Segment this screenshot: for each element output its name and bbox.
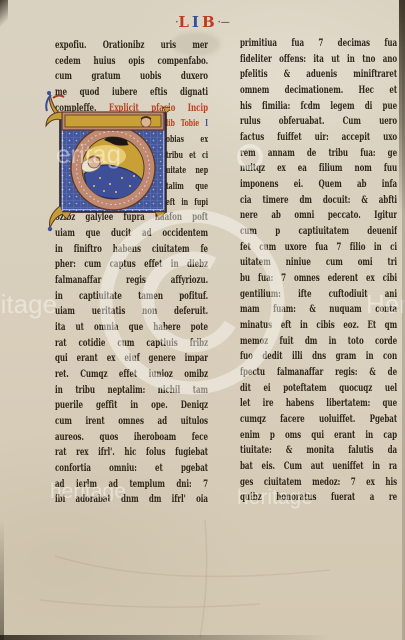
text-line: fideliter offens: ita ut in tno ano — [240, 52, 397, 68]
body-text: ibi adorabat dnm dm ifrl' oia — [55, 493, 208, 505]
text-line: rulus obferuabat. Cum uero — [240, 114, 397, 130]
text-line: let ire habens libertatem: que — [240, 396, 397, 412]
body-text: quibz honoratus fuerat a re — [240, 491, 397, 503]
text-line: obias ex — [166, 132, 208, 148]
running-header: ·LIB·— — [0, 13, 405, 32]
body-text: primitiua fua 7 decimas fua — [240, 37, 397, 49]
text-line: pfelitis & aduenis miniftraret — [240, 67, 397, 83]
running-header-letters: LIB — [178, 13, 217, 31]
text-line: pher: cum captus effet in diebz — [55, 257, 208, 273]
text-line: in tribu neptalim: nichil tam — [55, 383, 208, 399]
body-text: fet cum uxore fua 7 filio in ci — [240, 241, 397, 253]
body-text: ita ut omnia que habere pote — [55, 321, 208, 333]
body-text: nere ab omni peccato. Igitur — [240, 209, 397, 221]
text-line: rem annam de tribu fua: ge — [240, 146, 397, 162]
text-line: his fimilia: fcdm legem di pue — [240, 99, 397, 115]
text-line: minatus eft in cibis eoz. Et qm — [240, 318, 397, 334]
manuscript-page: ·LIB·— expofiu. Orationibz uris mercedem… — [0, 0, 405, 640]
body-text: pher: cum captus effet in diebz — [55, 258, 208, 270]
body-text: tribu et ci — [166, 150, 208, 161]
body-text: nuitqz ex ea filium nom fuu — [240, 162, 397, 174]
text-line: nere ab omni peccato. Igitur — [240, 208, 397, 224]
text-line: dit ei poteftatem quocuqz uel — [240, 381, 397, 397]
text-line: lib Tobie I — [166, 116, 208, 132]
header-suffix-mark: ·— — [218, 18, 230, 28]
body-text: in finiftro habens ciuitatem fe — [55, 243, 208, 255]
text-line: in captiuitate tamen pofituf. — [55, 289, 208, 305]
page-edge-left — [0, 520, 4, 640]
body-text: cumqz facere uoluiffet. Pgebat — [240, 413, 397, 425]
initial-tail — [48, 206, 63, 231]
text-line: gentilium: ifte cuftodiuit ani — [240, 287, 397, 303]
text-line: fet cum uxore fua 7 filio in ci — [240, 240, 397, 256]
body-text: rem annam de tribu fua: ge — [240, 147, 397, 159]
text-column-right: primitiua fua 7 decimas fuafideliter off… — [240, 36, 397, 506]
text-line: bu fua: 7 omnes ederent ex cibi — [240, 271, 397, 287]
body-text: rulus obferuabat. Cum uero — [240, 115, 397, 127]
body-text: ad ierlm ad templum dni: 7 — [55, 478, 208, 490]
text-line: ita ut omnia que habere pote — [55, 320, 208, 336]
page-edge-bottom — [0, 635, 330, 640]
body-text: aureos. quos iheroboam fece — [55, 431, 208, 443]
rubric-text: lib Tobie — [166, 118, 205, 129]
header-letter: L — [178, 13, 192, 31]
text-line: ret. Cumqz effet iunioz omibz — [55, 367, 208, 383]
parchment-creases — [40, 520, 330, 638]
body-text: bu fua: 7 omnes ederent ex cibi — [240, 272, 397, 284]
text-line: imponens ei. Quem ab infa — [240, 177, 397, 193]
text-line: confortia omniu: et pgebat — [55, 461, 208, 477]
header-letter: I — [192, 13, 202, 31]
body-text: uiam ueritatis non deferuit. — [55, 305, 208, 317]
text-line: uitatem niniue cum omi tri — [240, 255, 397, 271]
text-line: ad ierlm ad templum dni: 7 — [55, 477, 208, 493]
body-text: tiuitate: & monita falutis da — [240, 444, 397, 456]
body-text: expofiu. Orationibz uris mer — [55, 39, 208, 51]
text-line: nuitqz ex ea filium nom fuu — [240, 161, 397, 177]
body-text: cia timere dm docuit: & abfti — [240, 194, 397, 206]
body-text: obias ex — [166, 134, 208, 145]
initial-artwork — [38, 88, 170, 238]
text-line: cumqz facere uoluiffet. Pgebat — [240, 412, 397, 428]
body-text: cum p captiuitatem deuenif — [240, 225, 397, 237]
body-text: factus fuiffet uir: accepit uxo — [240, 131, 397, 143]
text-line: tribu et ci — [166, 148, 208, 164]
body-text: confortia omniu: et pgebat — [55, 462, 208, 474]
text-line: cedem huius opis compenfabo. — [55, 54, 208, 70]
text-line: bat eis. Cum aut ueniffet in ra — [240, 459, 397, 475]
text-line: cum p captiuitatem deuenif — [240, 224, 397, 240]
text-line: fpectu falmanaffar regis: & de — [240, 365, 397, 381]
body-text: rat cotidie cum captiuis fribz — [55, 337, 208, 349]
body-text: in tribu neptalim: nichil tam — [55, 384, 208, 396]
body-text: uitate nep — [166, 165, 208, 176]
body-text: fuo dedit illi dns gram in con — [240, 350, 397, 362]
body-text: cedem huius opis compenfabo. — [55, 55, 208, 67]
text-line: enim p oms qui erant in cap — [240, 428, 397, 444]
body-text: ret. Cumqz effet iunioz omibz — [55, 368, 208, 380]
text-line: cum gratum uobis duxero — [55, 69, 208, 85]
text-line: falmanaffar regis affyriozu. — [55, 273, 208, 289]
body-text: bat eis. Cum aut ueniffet in ra — [240, 460, 397, 472]
text-line: mam fuam: & nuquam conta — [240, 302, 397, 318]
text-line: rat rex ifrl'. hic folus fugiebat — [55, 445, 208, 461]
body-text: cum irent omnes ad uitulos — [55, 415, 208, 427]
body-text: fpectu falmanaffar regis: & de — [240, 366, 397, 378]
body-text: enim p oms qui erant in cap — [240, 429, 397, 441]
body-text: imponens ei. Quem ab infa — [240, 178, 397, 190]
body-text: pfelitis & aduenis miniftraret — [240, 68, 397, 80]
body-text: uitatem niniue cum omi tri — [240, 256, 397, 268]
text-line: ges ciuitatem medoz: 7 ex his — [240, 475, 397, 491]
body-text: omnem decimationem. Hec et — [240, 84, 397, 96]
body-text: cum gratum uobis duxero — [55, 70, 208, 82]
text-line: eft in fupi — [166, 195, 208, 211]
text-line: rat cotidie cum captiuis fribz — [55, 336, 208, 352]
body-text: eft in fupi — [166, 197, 208, 208]
body-text: I — [205, 118, 208, 129]
body-text: fideliter offens: ita ut in tno ano — [240, 53, 397, 65]
letter-T-bar — [46, 112, 164, 130]
body-text: mam fuam: & nuquam conta — [240, 303, 397, 315]
text-line: primitiua fua 7 decimas fua — [240, 36, 397, 52]
body-text: in captiuitate tamen pofituf. — [55, 290, 208, 302]
body-text: his fimilia: fcdm legem di pue — [240, 100, 397, 112]
header-letter: B — [202, 13, 218, 31]
text-line: puerile geffit in ope. Deniqz — [55, 398, 208, 414]
text-line: cum irent omnes ad uitulos — [55, 414, 208, 430]
body-text: puerile geffit in ope. Deniqz — [55, 399, 208, 411]
text-line: expofiu. Orationibz uris mer — [55, 38, 208, 54]
text-line: tiuitate: & monita falutis da — [240, 443, 397, 459]
text-line: omnem decimationem. Hec et — [240, 83, 397, 99]
text-line: factus fuiffet uir: accepit uxo — [240, 130, 397, 146]
illuminated-initial-T — [38, 88, 170, 238]
body-text: ges ciuitatem medoz: 7 ex his — [240, 476, 397, 488]
text-line: uitate nep — [166, 163, 208, 179]
page-edge-top-left — [0, 0, 8, 30]
text-line: fuo dedit illi dns gram in con — [240, 349, 397, 365]
watermark-text: ritage — [0, 289, 57, 319]
text-line: memoz fuit dm in toto corde — [240, 334, 397, 350]
text-line: cia timere dm docuit: & abfti — [240, 193, 397, 209]
text-line: qui erant ex eiuf genere impar — [55, 351, 208, 367]
body-text: falmanaffar regis affyriozu. — [55, 274, 208, 286]
text-line: uiam ueritatis non deferuit. — [55, 304, 208, 320]
body-text: let ire habens libertatem: que — [240, 397, 397, 409]
text-line: talim que — [166, 179, 208, 195]
body-text: gentilium: ifte cuftodiuit ani — [240, 288, 397, 300]
text-line: aureos. quos iheroboam fece — [55, 430, 208, 446]
body-text: talim que — [166, 181, 208, 192]
corner-leaf-br — [155, 212, 166, 219]
text-line: in finiftro habens ciuitatem fe — [55, 242, 208, 258]
body-text: memoz fuit dm in toto corde — [240, 335, 397, 347]
text-line: quibz honoratus fuerat a re — [240, 490, 397, 506]
body-text: rat rex ifrl'. hic folus fugiebat — [55, 446, 208, 458]
body-text: qui erant ex eiuf genere impar — [55, 352, 208, 364]
body-text: minatus eft in cibis eoz. Et qm — [240, 319, 397, 331]
text-line: ibi adorabat dnm dm ifrl' oia — [55, 492, 208, 508]
body-text: dit ei poteftatem quocuqz uel — [240, 382, 397, 394]
